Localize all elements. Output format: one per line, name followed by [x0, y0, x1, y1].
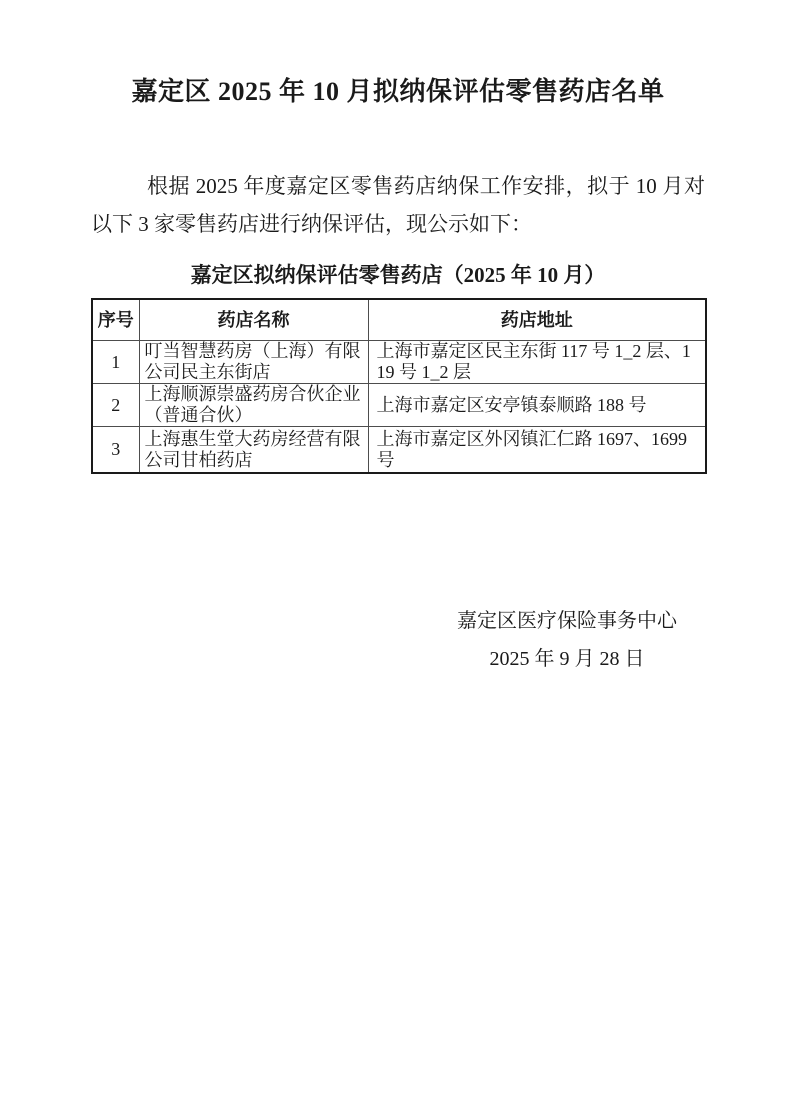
table-header-row: 序号 药店名称 药店地址 [92, 299, 706, 341]
table-row: 3 上海惠生堂大药房经营有限公司甘柏药店 上海市嘉定区外冈镇汇仁路 1697、1… [92, 427, 706, 474]
col-header-name: 药店名称 [139, 299, 368, 341]
cell-pharmacy-name: 上海惠生堂大药房经营有限公司甘柏药店 [139, 427, 368, 474]
cell-no: 2 [92, 384, 139, 427]
table-row: 2 上海顺源崇盛药房合伙企业（普通合伙） 上海市嘉定区安亭镇泰顺路 188 号 [92, 384, 706, 427]
signature-date: 2025 年 9 月 28 日 [457, 640, 677, 678]
cell-no: 3 [92, 427, 139, 474]
cell-pharmacy-address: 上海市嘉定区外冈镇汇仁路 1697、1699 号 [368, 427, 706, 474]
cell-pharmacy-address: 上海市嘉定区民主东街 117 号 1_2 层、119 号 1_2 层 [368, 341, 706, 384]
col-header-address: 药店地址 [368, 299, 706, 341]
cell-pharmacy-name: 叮当智慧药房（上海）有限公司民主东街店 [139, 341, 368, 384]
col-header-no: 序号 [92, 299, 139, 341]
table-row: 1 叮当智慧药房（上海）有限公司民主东街店 上海市嘉定区民主东街 117 号 1… [92, 341, 706, 384]
pharmacy-table: 序号 药店名称 药店地址 1 叮当智慧药房（上海）有限公司民主东街店 上海市嘉定… [91, 298, 707, 474]
document-page: 嘉定区 2025 年 10 月拟纳保评估零售药店名单 根据 2025 年度嘉定区… [0, 0, 794, 1108]
cell-pharmacy-address: 上海市嘉定区安亭镇泰顺路 188 号 [368, 384, 706, 427]
document-title: 嘉定区 2025 年 10 月拟纳保评估零售药店名单 [91, 0, 705, 110]
table-title: 嘉定区拟纳保评估零售药店（2025 年 10 月） [91, 260, 705, 290]
intro-paragraph: 根据 2025 年度嘉定区零售药店纳保工作安排，拟于 10 月对以下 3 家零售… [91, 167, 705, 243]
cell-no: 1 [92, 341, 139, 384]
cell-pharmacy-name: 上海顺源崇盛药房合伙企业（普通合伙） [139, 384, 368, 427]
signature-block: 嘉定区医疗保险事务中心 2025 年 9 月 28 日 [457, 602, 677, 678]
signature-org: 嘉定区医疗保险事务中心 [457, 602, 677, 640]
